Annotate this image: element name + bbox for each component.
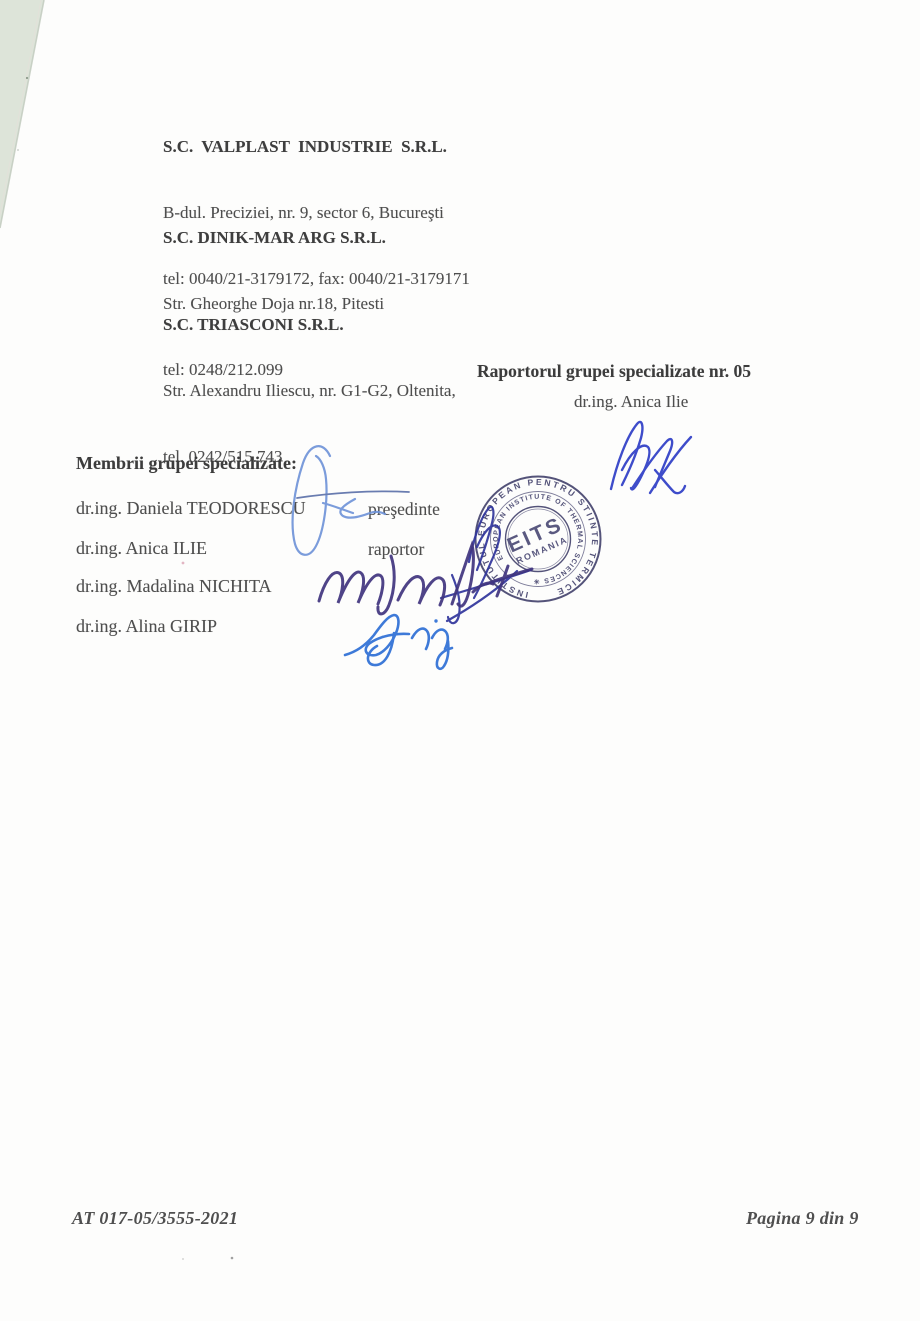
member-name-girip: dr.ing. Alina GIRIP [76, 615, 217, 637]
company-address: Str. Alexandru Iliescu, nr. G1-G2, Olten… [163, 380, 456, 402]
footer-page-number: Pagina 9 din 9 [746, 1208, 859, 1229]
members-heading: Membrii grupei specializate: [76, 452, 297, 474]
member-name-nichita: dr.ing. Madalina NICHITA [76, 575, 272, 597]
member-name-ilie: dr.ing. Anica ILIE [76, 537, 207, 559]
company-name: S.C. VALPLAST INDUSTRIE S.R.L. [163, 136, 470, 158]
company-name: S.C. TRIASCONI S.R.L. [163, 314, 456, 336]
institute-stamp-seal: INSTITUTUL EUROPEAN PENTRU STIINTE TERMI… [463, 464, 613, 614]
member-name-teodorescu: dr.ing. Daniela TEODORESCU [76, 497, 306, 519]
scan-specks [182, 562, 234, 1260]
company-name: S.C. DINIK-MAR ARG S.R.L. [163, 227, 386, 249]
document-page: S.C. VALPLAST INDUSTRIE S.R.L. B-dul. Pr… [0, 0, 920, 1321]
company-block-triasconi: S.C. TRIASCONI S.R.L. Str. Alexandru Ili… [163, 270, 456, 512]
rapporteur-heading: Raportorul grupei specializate nr. 05 [477, 360, 751, 382]
footer-reference: AT 017-05/3555-2021 [72, 1208, 238, 1229]
member-role-presedinte: preşedinte [368, 498, 440, 520]
scan-corner-artifact [0, 0, 120, 260]
rapporteur-name: dr.ing. Anica Ilie [574, 391, 688, 413]
signature-girip [345, 615, 452, 669]
signature-anica-ilie [611, 422, 691, 493]
member-role-raportor: raportor [368, 538, 424, 560]
